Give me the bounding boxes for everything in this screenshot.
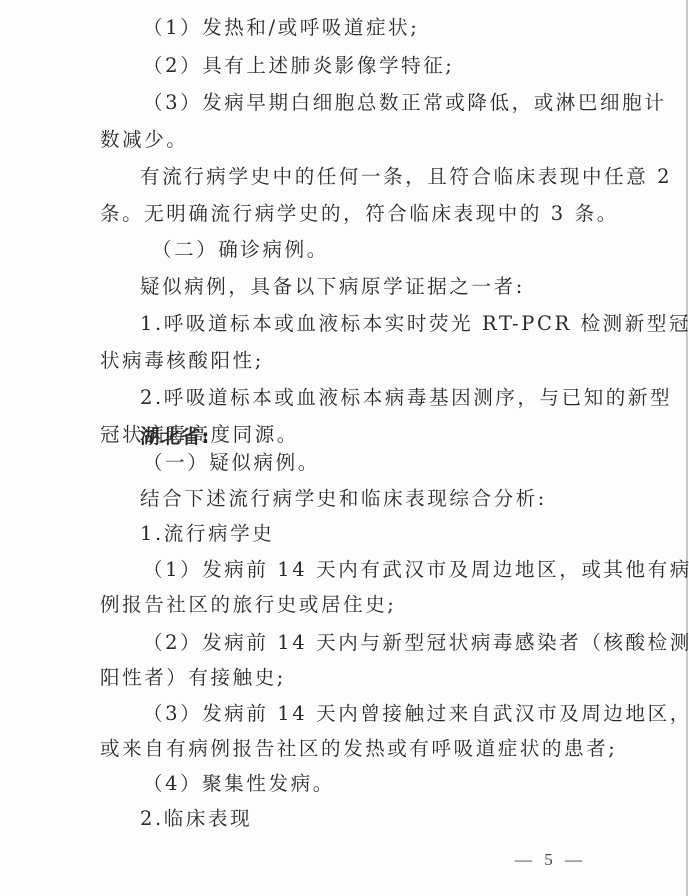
line-symptom-3-cont: 数减少。 — [100, 128, 188, 152]
line-epi-4: （4）聚集性发病。 — [143, 772, 335, 796]
line-epi-2: （2）发病前 14 天内与新型冠状病毒感染者（核酸检测 — [143, 631, 689, 655]
line-criteria-cont: 条。无明确流行病学史的，符合临床表现中的 3 条。 — [100, 202, 619, 226]
page-number: — 5 — — [515, 850, 586, 870]
document-page: （1）发热和/或呼吸道症状; （2）具有上述肺炎影像学特征; （3）发病早期白细… — [0, 0, 688, 896]
line-pathogen-intro: 疑似病例，具备以下病原学证据之一者: — [140, 275, 525, 299]
line-criteria: 有流行病学史中的任何一条，且符合临床表现中任意 2 — [140, 165, 672, 189]
line-epi-1-cont: 例报告社区的旅行史或居住史; — [100, 593, 396, 617]
heading-epidemiology: 1.流行病学史 — [140, 522, 274, 546]
heading-clinical: 2.临床表现 — [140, 807, 252, 831]
line-pathogen-2: 2.呼吸道标本或血液标本病毒基因测序，与已知的新型 — [140, 386, 672, 410]
line-epi-3-cont: 或来自有病例报告社区的发热或有呼吸道症状的患者; — [100, 737, 617, 761]
heading-hubei: 湖北省: — [140, 425, 210, 449]
line-epi-2-cont: 阳性者）有接触史; — [100, 666, 286, 690]
heading-suspected-cases: （一）疑似病例。 — [143, 451, 320, 475]
line-pathogen-1: 1.呼吸道标本或血液标本实时荧光 RT-PCR 检测新型冠 — [140, 312, 689, 336]
line-symptom-2: （2）具有上述肺炎影像学特征; — [143, 54, 454, 78]
line-pathogen-1-cont: 状病毒核酸阳性; — [100, 349, 264, 373]
line-epi-1: （1）发病前 14 天内有武汉市及周边地区，或其他有病 — [143, 558, 689, 582]
heading-confirmed-cases: （二）确诊病例。 — [152, 238, 329, 262]
line-symptom-3: （3）发病早期白细胞总数正常或降低，或淋巴细胞计 — [143, 91, 666, 115]
line-analysis: 结合下述流行病学史和临床表现综合分析: — [140, 487, 547, 511]
line-epi-3: （3）发病前 14 天内曾接触过来自武汉市及周边地区， — [143, 702, 689, 726]
line-symptom-1: （1）发热和/或呼吸道症状; — [143, 16, 419, 40]
